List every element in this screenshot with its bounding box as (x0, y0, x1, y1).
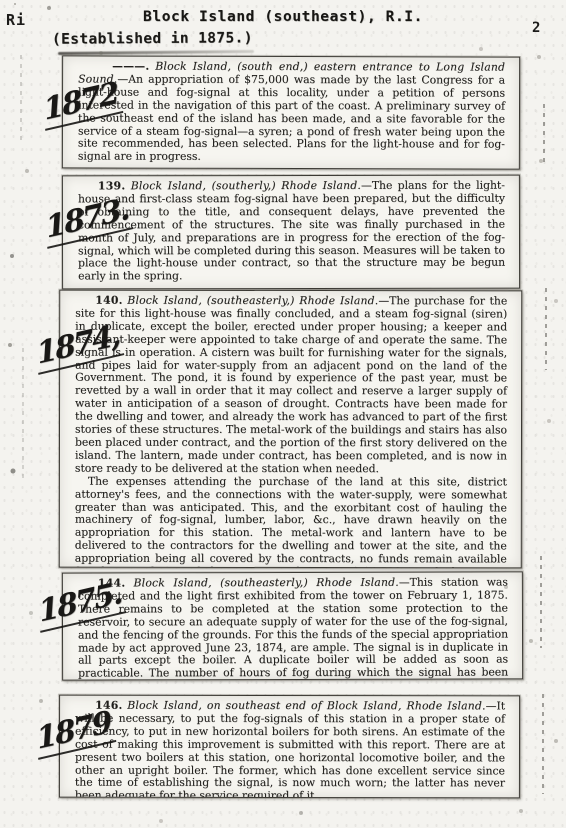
page-title: Block Island (southeast), R.I. (0, 9, 566, 25)
scan-edge-artifact (540, 556, 542, 648)
entry-heading: Block Island, on southeast end of Block … (127, 699, 485, 713)
clipping-1879: 146. Block Island, on southeast end of B… (59, 695, 520, 799)
entry-heading: Block Island, (southeasterly,) Rhode Isl… (127, 294, 378, 307)
page-number: 2 (532, 20, 540, 36)
entry-number: 139. (98, 179, 126, 192)
entry-body-continued: The expenses attending the purchase of t… (75, 475, 507, 568)
entry-body: —The plans for the light-house and first… (78, 179, 505, 283)
established-note: (Established in 1875.) (52, 30, 253, 47)
scan-edge-artifact (20, 55, 22, 145)
clipping-1872: ———. Block Island, (south end,) eastern … (62, 55, 520, 169)
entry-number: ———. (112, 60, 149, 73)
clipping-1873: 139. Block Island, (southerly,) Rhode Is… (62, 175, 520, 290)
entry-heading: Block Island, (southerly,) Rhode Island. (131, 179, 361, 192)
clipping-1875: 144. Block Island, (southeasterly,) Rhod… (62, 571, 523, 680)
entry-body: —An appropriation of $75,000 was made by… (78, 72, 505, 163)
clipping-1874: 140. Block Island, (southeasterly,) Rhod… (59, 290, 522, 569)
scan-edge-artifact (545, 288, 547, 370)
entry-body: —It will be necessary, to put the fog-si… (75, 699, 505, 798)
scanned-page: Ri Block Island (southeast), R.I. 2 (Est… (0, 0, 566, 828)
scan-speckles (0, 0, 2, 2)
entry-heading: Block Island, (southeasterly,) Rhode Isl… (134, 576, 399, 590)
entry-body: —This station was completed and the ligh… (78, 575, 508, 680)
scan-edge-artifact (22, 348, 24, 480)
entry-number: 140. (95, 294, 123, 307)
ink-underline (58, 50, 254, 55)
scan-edge-artifact (543, 104, 545, 166)
entry-body: —The purchase for the site for this ligh… (75, 294, 507, 475)
scan-edge-artifact (542, 694, 544, 794)
